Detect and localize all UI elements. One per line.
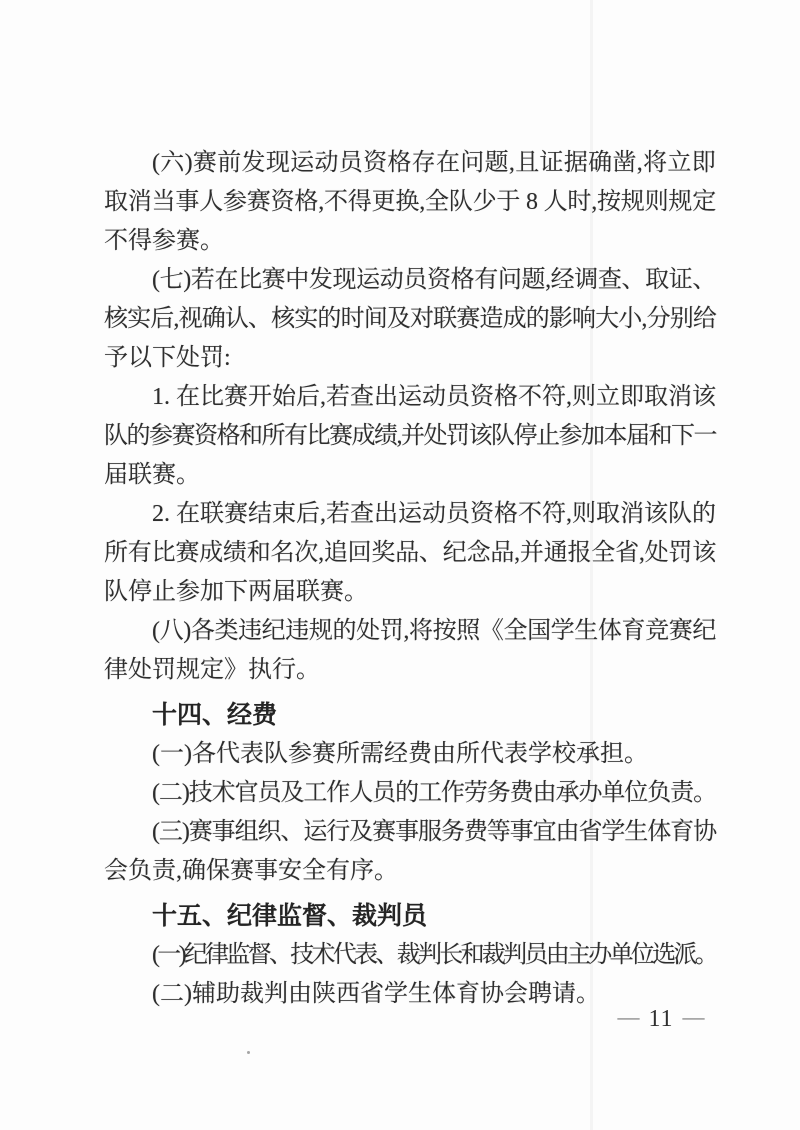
text-line-content: 不得参赛。: [104, 228, 224, 254]
scan-artifact-speck: [247, 1051, 250, 1054]
text-line: 会负责,确保赛事安全有序。: [104, 852, 716, 891]
text-line: 律处罚规定》执行。: [104, 651, 716, 690]
section-heading: 十四、经费: [104, 696, 716, 735]
text-line: 队的参赛资格和所有比赛成绩,并处罚该队停止参加本届和下一: [104, 417, 716, 456]
page-number-dash-left: —: [617, 1004, 639, 1029]
paragraph: (七)若在比赛中发现运动员资格有问题,经调查、取证、核实后,视确认、核实的时间及…: [104, 261, 716, 378]
text-line-content: 律处罚规定》执行。: [104, 657, 320, 683]
text-line-content: (三)赛事组织、运行及赛事服务费等事宜由省学生体育协: [152, 819, 716, 845]
text-line-content: 核实后,视确认、核实的时间及对联赛造成的影响大小,分别给: [104, 306, 716, 332]
text-line: 十四、经费: [104, 696, 716, 735]
page-number-value: 11: [648, 1006, 673, 1032]
text-line: 十五、纪律监督、裁判员: [104, 897, 716, 936]
paragraph: (八)各类违纪违规的处罚,将按照《全国学生体育竞赛纪律处罚规定》执行。: [104, 612, 716, 690]
text-line: (三)赛事组织、运行及赛事服务费等事宜由省学生体育协: [104, 813, 716, 852]
paragraph: 2. 在联赛结束后,若查出运动员资格不符,则取消该队的所有比赛成绩和名次,追回奖…: [104, 495, 716, 612]
page-number: —11—: [596, 1002, 726, 1036]
text-line-content: 届联赛。: [104, 462, 200, 488]
text-line: (一)各代表队参赛所需经费由所代表学校承担。: [104, 735, 716, 774]
text-line: 所有比赛成绩和名次,追回奖品、纪念品,并通报全省,处罚该: [104, 534, 716, 573]
text-line-content: 取消当事人参赛资格,不得更换,全队少于 8 人时,按规则规定: [104, 189, 716, 215]
text-line-content: (六)赛前发现运动员资格存在问题,且证据确凿,将立即: [152, 150, 716, 176]
text-line-content: 所有比赛成绩和名次,追回奖品、纪念品,并通报全省,处罚该: [104, 540, 716, 566]
text-line-content: 十四、经费: [152, 701, 277, 729]
text-line: (六)赛前发现运动员资格存在问题,且证据确凿,将立即: [104, 144, 716, 183]
text-line-content: (二)辅助裁判由陕西省学生体育协会聘请。: [152, 981, 600, 1007]
text-line: (一)纪律监督、技术代表、裁判长和裁判员由主办单位选派。: [104, 936, 716, 975]
text-line-content: (一)各代表队参赛所需经费由所代表学校承担。: [152, 741, 648, 767]
text-line: 2. 在联赛结束后,若查出运动员资格不符,则取消该队的: [104, 495, 716, 534]
paragraph: 1. 在比赛开始后,若查出运动员资格不符,则立即取消该队的参赛资格和所有比赛成绩…: [104, 378, 716, 495]
text-line: 队停止参加下两届联赛。: [104, 573, 716, 612]
text-line-content: (七)若在比赛中发现运动员资格有问题,经调查、取证、: [152, 267, 716, 293]
text-line-content: 予以下处罚:: [104, 345, 231, 371]
document-body: (六)赛前发现运动员资格存在问题,且证据确凿,将立即取消当事人参赛资格,不得更换…: [104, 144, 716, 1014]
paragraph: (一)各代表队参赛所需经费由所代表学校承担。: [104, 735, 716, 774]
paragraph: (一)纪律监督、技术代表、裁判长和裁判员由主办单位选派。: [104, 936, 716, 975]
paragraph: (二)技术官员及工作人员的工作劳务费由承办单位负责。: [104, 774, 716, 813]
text-line-content: 会负责,确保赛事安全有序。: [104, 858, 398, 884]
text-line: (二)技术官员及工作人员的工作劳务费由承办单位负责。: [104, 774, 716, 813]
section-heading: 十五、纪律监督、裁判员: [104, 897, 716, 936]
text-line: 届联赛。: [104, 456, 716, 495]
text-line: 核实后,视确认、核实的时间及对联赛造成的影响大小,分别给: [104, 300, 716, 339]
text-line: (七)若在比赛中发现运动员资格有问题,经调查、取证、: [104, 261, 716, 300]
text-line-content: (二)技术官员及工作人员的工作劳务费由承办单位负责。: [152, 780, 716, 806]
text-line-content: 1. 在比赛开始后,若查出运动员资格不符,则立即取消该: [152, 384, 716, 410]
page-number-dash-right: —: [683, 1004, 705, 1029]
text-line: 予以下处罚:: [104, 339, 716, 378]
text-line: 1. 在比赛开始后,若查出运动员资格不符,则立即取消该: [104, 378, 716, 417]
document-page: (六)赛前发现运动员资格存在问题,且证据确凿,将立即取消当事人参赛资格,不得更换…: [0, 0, 800, 1130]
text-line-content: (一)纪律监督、技术代表、裁判长和裁判员由主办单位选派。: [152, 942, 716, 968]
text-line: 不得参赛。: [104, 222, 716, 261]
paragraph: (六)赛前发现运动员资格存在问题,且证据确凿,将立即取消当事人参赛资格,不得更换…: [104, 144, 716, 261]
text-line-content: (八)各类违纪违规的处罚,将按照《全国学生体育竞赛纪: [152, 618, 716, 644]
text-line-content: 队的参赛资格和所有比赛成绩,并处罚该队停止参加本届和下一: [104, 423, 716, 449]
text-line: (八)各类违纪违规的处罚,将按照《全国学生体育竞赛纪: [104, 612, 716, 651]
text-line: 取消当事人参赛资格,不得更换,全队少于 8 人时,按规则规定: [104, 183, 716, 222]
paragraph: (三)赛事组织、运行及赛事服务费等事宜由省学生体育协会负责,确保赛事安全有序。: [104, 813, 716, 891]
text-line-content: 队停止参加下两届联赛。: [104, 579, 368, 605]
text-line-content: 十五、纪律监督、裁判员: [152, 902, 427, 930]
text-line-content: 2. 在联赛结束后,若查出运动员资格不符,则取消该队的: [152, 501, 716, 527]
